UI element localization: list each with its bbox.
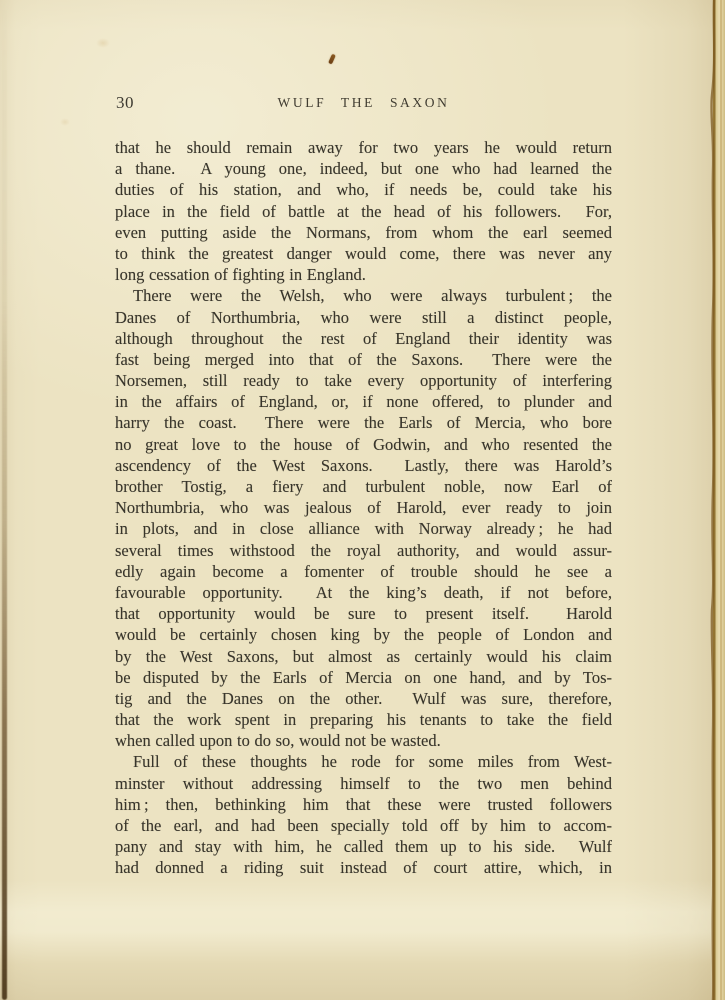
page-number: 30 xyxy=(116,92,134,114)
text-line: although throughout the rest of England … xyxy=(115,328,612,349)
text-line: that the work spent in preparing his ten… xyxy=(115,709,612,730)
text-line: long cessation of fighting in England. xyxy=(115,264,612,285)
text-line: edly again become a fomenter of trouble … xyxy=(115,561,612,582)
text-line: fast being merged into that of the Saxon… xyxy=(115,349,612,370)
text-line: in plots, and in close alliance with Nor… xyxy=(115,518,612,539)
text-line: had donned a riding suit instead of cour… xyxy=(115,857,612,878)
text-line: when called upon to do so, would not be … xyxy=(115,730,612,751)
text-line: tig and the Danes on the other. Wulf was… xyxy=(115,688,612,709)
text-line: him ; then, bethinking him that these we… xyxy=(115,794,612,815)
text-line: that he should remain away for two years… xyxy=(115,137,612,158)
text-line: ascendency of the West Saxons. Lastly, t… xyxy=(115,455,612,476)
running-header-title: WULF THE SAXON xyxy=(115,92,612,114)
text-line: favourable opportunity. At the king’s de… xyxy=(115,582,612,603)
text-line: that opportunity would be sure to presen… xyxy=(115,603,612,624)
text-line: pany and stay with him, he called them u… xyxy=(115,836,612,857)
text-line: a thane. A young one, indeed, but one wh… xyxy=(115,158,612,179)
text-line: place in the field of battle at the head… xyxy=(115,201,612,222)
text-line: harry the coast. There were the Earls of… xyxy=(115,412,612,433)
book-page-scan: 30 WULF THE SAXON that he should remain … xyxy=(0,0,725,1000)
text-line: Norsemen, still ready to take every oppo… xyxy=(115,370,612,391)
text-line: minster without addressing himself to th… xyxy=(115,773,612,794)
text-line: duties of his station, and who, if needs… xyxy=(115,179,612,200)
text-line: brother Tostig, a fiery and turbulent no… xyxy=(115,476,612,497)
fox-mark xyxy=(96,38,110,48)
body-text: that he should remain away for two years… xyxy=(115,137,612,879)
text-line: Danes of Northumbria, who were still a d… xyxy=(115,307,612,328)
text-line: by the West Saxons, but almost as certai… xyxy=(115,646,612,667)
text-line: There were the Welsh, who were always tu… xyxy=(115,285,612,306)
text-line: of the earl, and had been specially told… xyxy=(115,815,612,836)
text-line: to think the greatest danger would come,… xyxy=(115,243,612,264)
text-line: no great love to the house of Godwin, an… xyxy=(115,434,612,455)
text-line: even putting aside the Normans, from who… xyxy=(115,222,612,243)
text-line: Northumbria, who was jealous of Harold, … xyxy=(115,497,612,518)
text-line: Full of these thoughts he rode for some … xyxy=(115,751,612,772)
running-head: 30 WULF THE SAXON xyxy=(115,92,612,114)
fox-mark xyxy=(60,118,70,126)
text-line: in the affairs of England, or, if none o… xyxy=(115,391,612,412)
text-line: several times withstood the royal author… xyxy=(115,540,612,561)
text-line: be disputed by the Earls of Mercia on on… xyxy=(115,667,612,688)
text-line: would be certainly chosen king by the pe… xyxy=(115,624,612,645)
page-right-edge xyxy=(713,0,725,1000)
